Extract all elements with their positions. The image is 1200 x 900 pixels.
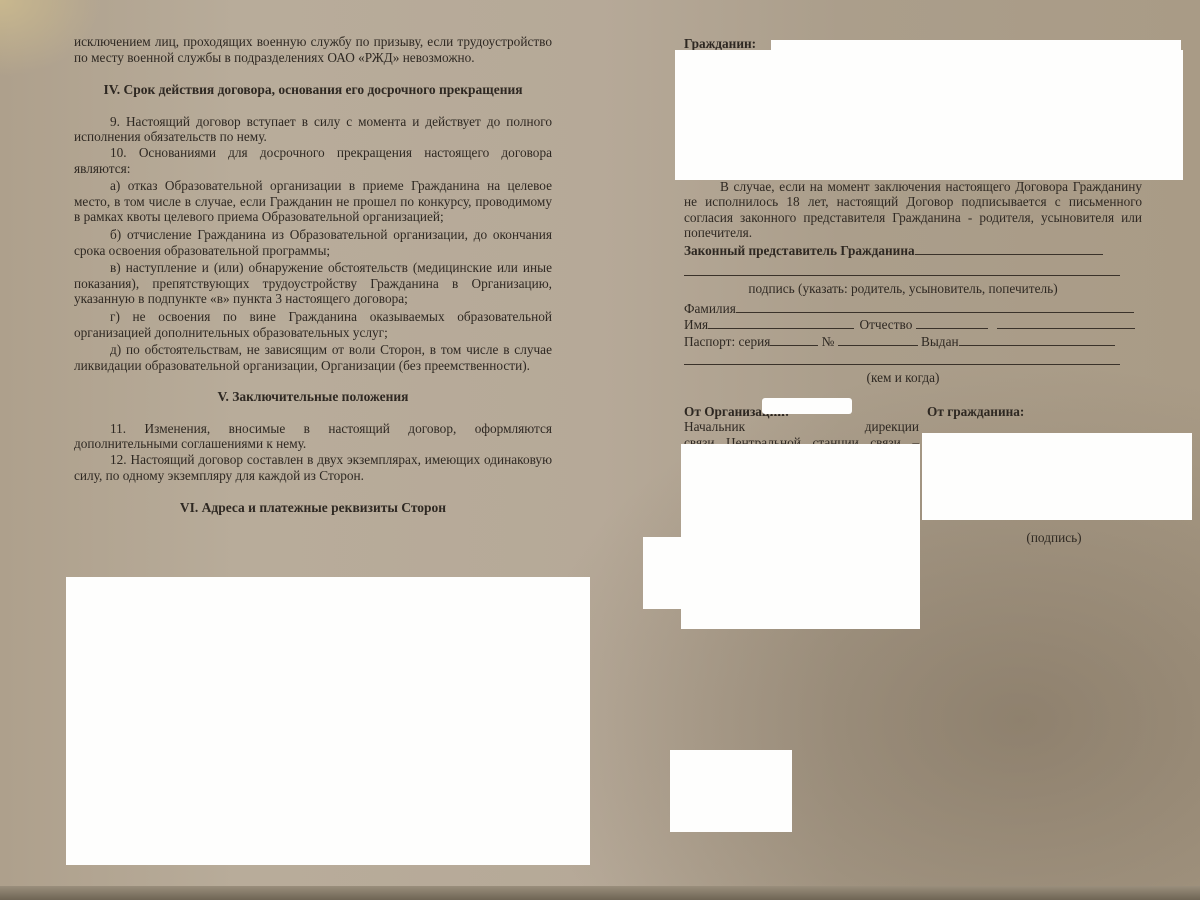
clause-12: 12. Настоящий договор составлен в двух э…	[74, 452, 552, 483]
clause-11: 11. Изменения, вносимые в настоящий дого…	[74, 421, 552, 452]
clause-10d: д) по обстоятельствам, не зависящим от в…	[74, 342, 552, 373]
legal-rep-field-2[interactable]	[684, 263, 1120, 276]
legal-rep-field[interactable]	[915, 242, 1103, 255]
passport-row: Паспорт: серия № Выдан	[684, 333, 1142, 350]
legal-rep-row: Законный представитель Гражданина	[684, 242, 1142, 259]
name-row: Имя Отчество	[684, 316, 1142, 333]
from-citizen-label: От гражданина:	[927, 404, 1024, 420]
issued-hint: (кем и когда)	[684, 370, 1142, 386]
citizen-signature-label: (подпись)	[1014, 530, 1094, 546]
section-6-heading: VI. Адреса и платежные реквизиты Сторон	[74, 500, 552, 516]
clause-9: 9. Настоящий договор вступает в силу с м…	[74, 114, 552, 145]
patronymic-field[interactable]	[916, 316, 988, 329]
surname-row: Фамилия	[684, 300, 1142, 317]
redaction-org-signature	[681, 444, 920, 629]
redaction-small-box	[670, 750, 792, 832]
clause-10b: б) отчисление Гражданина из Образователь…	[74, 227, 552, 258]
continuation-text: исключением лиц, проходящих военную служ…	[74, 34, 552, 65]
clause-10: 10. Основаниями для досрочного прекращен…	[74, 145, 552, 176]
redaction-org-name	[762, 398, 852, 414]
left-page: исключением лиц, проходящих военную служ…	[74, 34, 552, 516]
section-4-heading: IV. Срок действия договора, основания ег…	[74, 82, 552, 98]
passport-series-field[interactable]	[770, 333, 818, 346]
name-field[interactable]	[708, 316, 854, 329]
surname-label: Фамилия	[684, 301, 736, 316]
table-edge	[0, 886, 1200, 900]
org-line-1: Начальник дирекции	[684, 419, 919, 435]
redaction-org-signature-b	[643, 537, 683, 609]
passport-number-field[interactable]	[838, 333, 918, 346]
passport-series-label: Паспорт: серия	[684, 334, 770, 349]
patronymic-field-2[interactable]	[997, 316, 1135, 329]
name-label: Имя	[684, 317, 708, 332]
org-position-start: Начальник	[684, 419, 745, 435]
patronymic-label: Отчество	[859, 317, 912, 332]
legal-rep-label: Законный представитель Гражданина	[684, 243, 915, 258]
issued-label: Выдан	[921, 334, 959, 349]
redaction-left-requisites	[66, 577, 590, 865]
clause-10v: в) наступление и (или) обнаружение обсто…	[74, 260, 552, 307]
signature-hint: подпись (указать: родитель, усыновитель,…	[684, 281, 1142, 297]
org-position-end: дирекции	[865, 419, 919, 435]
surname-field[interactable]	[736, 300, 1134, 313]
clause-10g: г) не освоения по вине Гражданина оказыв…	[74, 309, 552, 340]
issued-field-2[interactable]	[684, 352, 1120, 365]
section-5-heading: V. Заключительные положения	[74, 389, 552, 405]
clause-10a: а) отказ Образовательной организации в п…	[74, 178, 552, 225]
minor-clause: В случае, если на момент заключения наст…	[684, 179, 1142, 241]
issued-field[interactable]	[959, 333, 1115, 346]
document-photo: исключением лиц, проходящих военную служ…	[0, 0, 1200, 900]
passport-number-label: №	[822, 334, 835, 349]
redaction-citizen-details-b	[675, 50, 1183, 180]
redaction-citizen-signature	[922, 433, 1192, 520]
